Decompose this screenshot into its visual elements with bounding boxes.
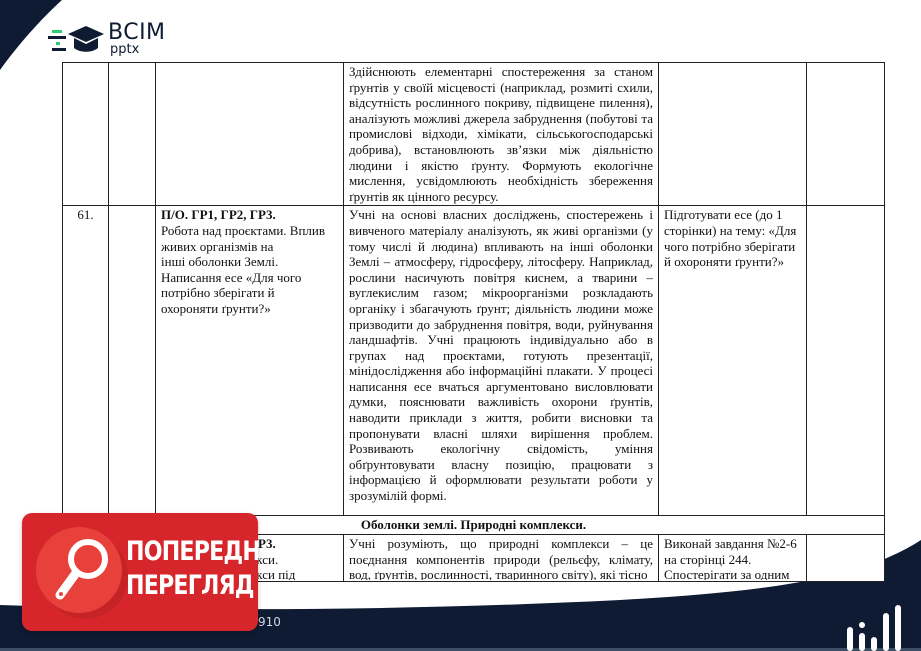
topic-line: Робота над проєктами. Вплив bbox=[161, 223, 338, 239]
topic-groups: П/О. ГР1, ГР2, ГР3. bbox=[161, 207, 338, 223]
preview-label-line1: ПОПЕРЕДНІЙ bbox=[126, 535, 258, 569]
table-row: Здійснюють елементарні спостереження за … bbox=[63, 63, 885, 206]
topic-line: Написання есе «Для чого bbox=[161, 270, 338, 286]
homework-line: Спостерігати за одним bbox=[664, 567, 801, 580]
notes bbox=[807, 534, 885, 581]
homework-line: на сторінці 244. bbox=[664, 552, 801, 568]
footer-page-fragment: 910 bbox=[258, 615, 281, 629]
topic-line: охороняти ґрунти?» bbox=[161, 301, 338, 317]
lesson-date bbox=[109, 206, 156, 516]
learning-activity: Учні на основі власних досліджень, спост… bbox=[344, 206, 659, 516]
logo-sub: pptx bbox=[110, 43, 166, 56]
lesson-number: 61. bbox=[63, 206, 109, 516]
lesson-plan-table: Здійснюють елементарні спостереження за … bbox=[62, 62, 885, 582]
lesson-topic: П/О. ГР1, ГР2, ГР3. Робота над проєктами… bbox=[156, 206, 344, 516]
learning-activity-text: Учні розуміють, що природні комплекси – … bbox=[349, 536, 653, 580]
graduation-cap-icon bbox=[48, 22, 104, 56]
homework-line: Виконай завдання №2-6 bbox=[664, 536, 801, 552]
lesson-number bbox=[63, 63, 109, 206]
learning-activity: Здійснюють елементарні спостереження за … bbox=[344, 63, 659, 206]
homework: Виконай завдання №2-6 на сторінці 244. С… bbox=[659, 534, 807, 581]
notes bbox=[807, 63, 885, 206]
lesson-topic bbox=[156, 63, 344, 206]
logo-brand: BCIM bbox=[108, 22, 166, 44]
table-row: 61. П/О. ГР1, ГР2, ГР3. Робота над проєк… bbox=[63, 206, 885, 516]
topic-line: інші оболонки Землі. bbox=[161, 254, 338, 270]
lesson-date bbox=[109, 63, 156, 206]
homework bbox=[659, 63, 807, 206]
topic-line: потрібно зберігати й bbox=[161, 285, 338, 301]
notes bbox=[807, 206, 885, 516]
learning-activity: Учні розуміють, що природні комплекси – … bbox=[344, 534, 659, 581]
logo: BCIM pptx bbox=[48, 22, 166, 56]
preview-label: ПОПЕРЕДНІЙ ПЕРЕГЛЯД bbox=[126, 535, 258, 603]
topic-line: живих організмів на bbox=[161, 239, 338, 255]
homework: Підготувати есе (до 1 сторінки) на тему:… bbox=[659, 206, 807, 516]
sound-bars-icon bbox=[841, 601, 911, 651]
magnifier-icon bbox=[52, 535, 112, 605]
preview-badge[interactable]: ПОПЕРЕДНІЙ ПЕРЕГЛЯД bbox=[22, 513, 258, 631]
preview-label-line2: ПЕРЕГЛЯД bbox=[126, 569, 258, 603]
